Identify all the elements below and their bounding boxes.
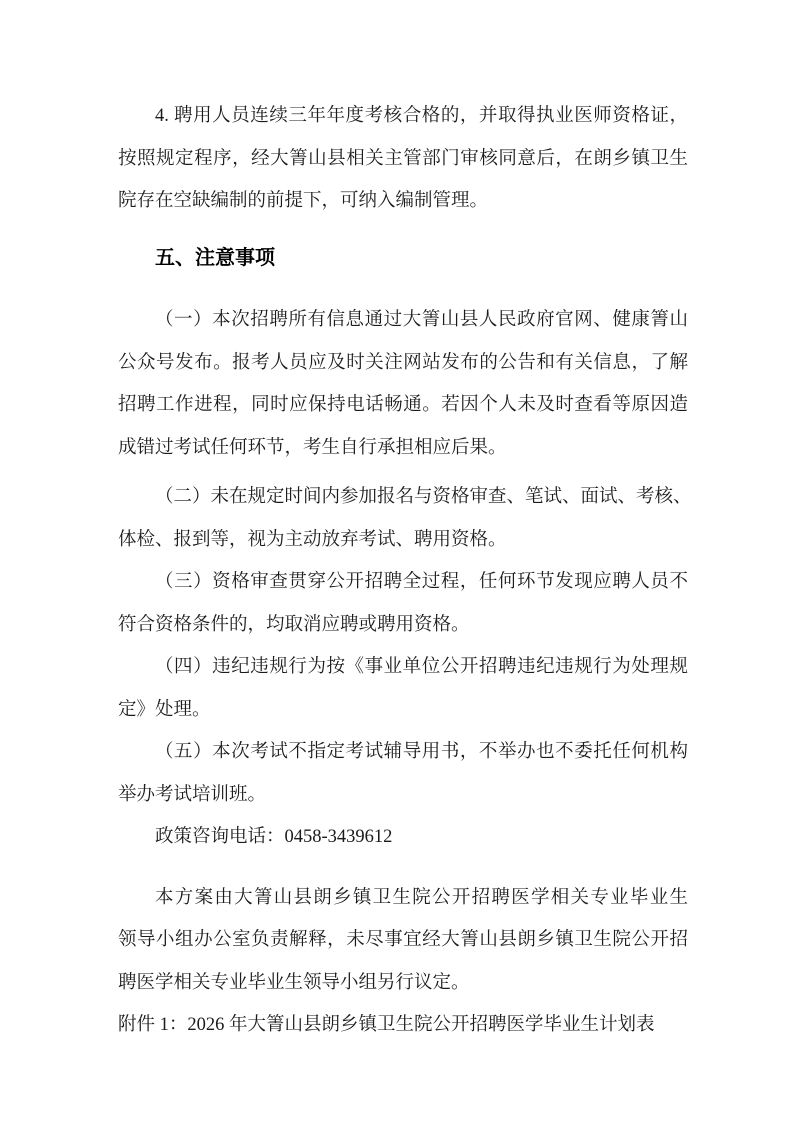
text-line: 公众号发布。报考人员应及时关注网站发布的公告和有关信息，了解 <box>118 342 688 385</box>
text-line: 定》处理。 <box>118 689 688 732</box>
text-line: （五）本次考试不指定考试辅导用书，不举办也不委托任何机构 <box>118 731 688 774</box>
text-line: 成错过考试任何环节，考生自行承担相应后果。 <box>118 427 688 470</box>
note-paragraph-1: （一）本次招聘所有信息通过大箐山县人民政府官网、健康箐山 公众号发布。报考人员应… <box>118 299 688 469</box>
text-line: 附件 1：2026 年大箐山县朗乡镇卫生院公开招聘医学毕业生计划表 <box>118 1004 688 1047</box>
text-line: 体检、报到等，视为主动放弃考试、聘用资格。 <box>118 519 688 562</box>
text-line: 政策咨询电话：0458-3439612 <box>118 816 688 859</box>
phone-line: 政策咨询电话：0458-3439612 <box>118 816 688 859</box>
text-line: 招聘工作进程，同时应保持电话畅通。若因个人未及时查看等原因造 <box>118 384 688 427</box>
paragraph-item-4: 4. 聘用人员连续三年年度考核合格的，并取得执业医师资格证， 按照规定程序，经大… <box>118 95 688 223</box>
document-body: 4. 聘用人员连续三年年度考核合格的，并取得执业医师资格证， 按照规定程序，经大… <box>118 95 688 1047</box>
note-paragraph-4: （四）违纪违规行为按《事业单位公开招聘违纪违规行为处理规 定》处理。 <box>118 646 688 731</box>
note-paragraph-2: （二）未在规定时间内参加报名与资格审查、笔试、面试、考核、 体检、报到等，视为主… <box>118 476 688 561</box>
note-paragraph-5: （五）本次考试不指定考试辅导用书，不举办也不委托任何机构 举办考试培训班。 <box>118 731 688 816</box>
text-line: （四）违纪违规行为按《事业单位公开招聘违纪违规行为处理规 <box>118 646 688 689</box>
text-line: 领导小组办公室负责解释，未尽事宜经大箐山县朗乡镇卫生院公开招 <box>118 919 688 962</box>
text-line: （三）资格审查贯穿公开招聘全过程，任何环节发现应聘人员不 <box>118 561 688 604</box>
section-heading-5: 五、注意事项 <box>118 237 688 280</box>
text-line: 举办考试培训班。 <box>118 774 688 817</box>
text-line: （二）未在规定时间内参加报名与资格审查、笔试、面试、考核、 <box>118 476 688 519</box>
closing-paragraph: 本方案由大箐山县朗乡镇卫生院公开招聘医学相关专业毕业生 领导小组办公室负责解释，… <box>118 877 688 1005</box>
text-line: 按照规定程序，经大箐山县相关主管部门审核同意后，在朗乡镇卫生 <box>118 138 688 181</box>
document-page: 4. 聘用人员连续三年年度考核合格的，并取得执业医师资格证， 按照规定程序，经大… <box>0 0 793 1122</box>
note-paragraph-3: （三）资格审查贯穿公开招聘全过程，任何环节发现应聘人员不 符合资格条件的，均取消… <box>118 561 688 646</box>
text-line: 符合资格条件的，均取消应聘或聘用资格。 <box>118 604 688 647</box>
text-line: 聘医学相关专业毕业生领导小组另行议定。 <box>118 962 688 1005</box>
text-line: （一）本次招聘所有信息通过大箐山县人民政府官网、健康箐山 <box>118 299 688 342</box>
text-line: 本方案由大箐山县朗乡镇卫生院公开招聘医学相关专业毕业生 <box>118 877 688 920</box>
text-line: 4. 聘用人员连续三年年度考核合格的，并取得执业医师资格证， <box>118 95 688 138</box>
attachment-line: 附件 1：2026 年大箐山县朗乡镇卫生院公开招聘医学毕业生计划表 <box>118 1004 688 1047</box>
text-line: 院存在空缺编制的前提下，可纳入编制管理。 <box>118 180 688 223</box>
